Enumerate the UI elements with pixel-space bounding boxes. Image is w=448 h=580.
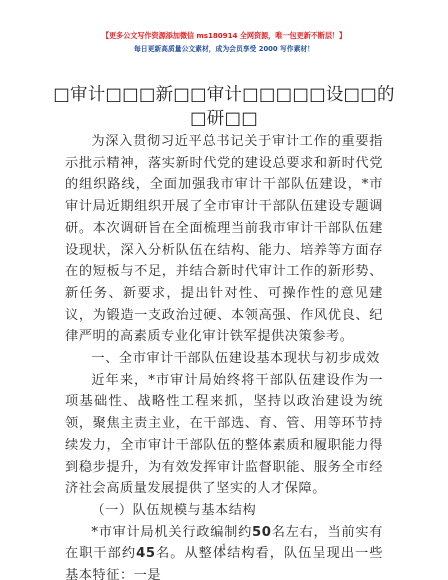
document-title-line2: □研□□ bbox=[0, 107, 448, 131]
staff-quota-number: 50 bbox=[252, 525, 271, 540]
page-number: 1 bbox=[0, 543, 448, 552]
document-page: 【更多公文写作资源添加微信 ms180914 全网资源，唯一包更新不断层！】 每… bbox=[0, 0, 448, 580]
section-1-paragraph: 近年来，*市审计局始终将干部队伍建设作为一项基础性、战略性工程来抓，坚持以政治建… bbox=[65, 370, 383, 500]
section-heading-1: 一、全市审计干部队伍建设基本现状与初步成效 bbox=[65, 348, 383, 370]
text-segment: *市审计局机关行政编制约 bbox=[91, 525, 252, 540]
document-title-line1: □审计□□□新□□审计□□□□□设□□的 bbox=[0, 83, 448, 107]
intro-paragraph: 为深入贯彻习近平总书记关于审计工作的重要指示批示精神，落实新时代党的建设总要求和… bbox=[65, 131, 383, 348]
document-body: 为深入贯彻习近平总书记关于审计工作的重要指示批示精神，落实新时代党的建设总要求和… bbox=[65, 131, 383, 580]
promo-banner-line2: 每日更新高质量公文素材，成为会员享受 2000 写作素材！ bbox=[0, 43, 448, 53]
subsection-heading-1: （一）队伍规模与基本结构 bbox=[65, 500, 383, 522]
promo-banner-line1: 【更多公文写作资源添加微信 ms180914 全网资源，唯一包更新不断层！】 bbox=[0, 31, 448, 41]
